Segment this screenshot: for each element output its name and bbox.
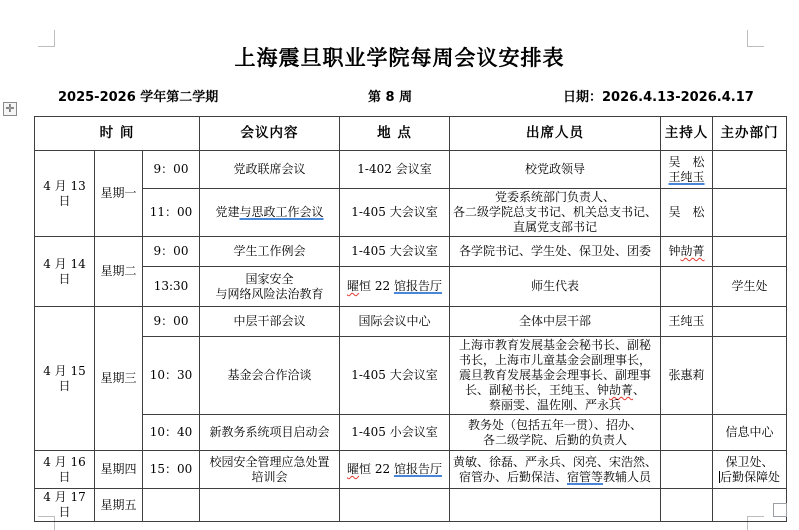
date-range-label[interactable]: 日期：2026.4.13-2026.4.17 (563, 86, 754, 105)
schedule-table: 时 间 会议内容 地 点 出席人员 主持人 主办部门 4 月 13 日 星期一 … (34, 116, 787, 522)
column-header-time[interactable]: 时 间 (35, 117, 200, 151)
cell-attendees[interactable]: 黄敏、徐磊、严永兵、闵亮、宋浩然、 宿管办、后勤保洁、宿管等教辅人员 (450, 451, 661, 489)
table-row: 4 月 16 日 星期四 15：00 校园安全管理应急处置 培训会 曜恒 22 … (35, 451, 787, 489)
table-row: 4 月 17 日 星期五 (35, 489, 787, 522)
semester-label[interactable]: 2025-2026 学年第二学期 (58, 86, 218, 105)
cell-dept[interactable]: 保卫处、 后勤保障处 (713, 451, 787, 489)
table-move-handle-icon[interactable]: ✛ (3, 102, 17, 116)
cell-host[interactable]: 王纯玉 (661, 307, 713, 337)
table-row: 10：40 新教务系统项目启动会 1-405 小会议室 教务处（包括五年一贯）、… (35, 415, 787, 451)
cell-dept[interactable] (713, 189, 787, 237)
cell-content[interactable]: 校园安全管理应急处置 培训会 (200, 451, 340, 489)
cell-content[interactable]: 党政联席会议 (200, 151, 340, 189)
cell-attendees[interactable]: 上海市教育发展基金会秘书长、副秘 书长，上海市儿童基金会副理事长， 震旦教育发展… (450, 337, 661, 415)
subheader-row: 2025-2026 学年第二学期 第 8 周 日期：2026.4.13-2026… (0, 86, 799, 104)
table-row: 4 月 15 日 星期三 9：00 中层干部会议 国际会议中心 全体中层干部 王… (35, 307, 787, 337)
cell-day-wednesday[interactable]: 星期三 (95, 307, 143, 451)
cell-location[interactable]: 1-405 大会议室 (340, 337, 450, 415)
column-header-content[interactable]: 会议内容 (200, 117, 340, 151)
cell-date-0414[interactable]: 4 月 14 日 (35, 237, 95, 307)
cell-time[interactable]: 9：00 (143, 151, 200, 189)
cell-time[interactable]: 10：30 (143, 337, 200, 415)
cell-attendees[interactable]: 全体中层干部 (450, 307, 661, 337)
cell-time[interactable] (143, 489, 200, 522)
cell-time[interactable]: 13:30 (143, 267, 200, 307)
cell-time[interactable]: 10：40 (143, 415, 200, 451)
cell-date-0416[interactable]: 4 月 16 日 (35, 451, 95, 489)
cell-day-tuesday[interactable]: 星期二 (95, 237, 143, 307)
cell-location[interactable]: 1-402 会议室 (340, 151, 450, 189)
cell-dept[interactable]: 信息中心 (713, 415, 787, 451)
cell-day-friday[interactable]: 星期五 (95, 489, 143, 522)
cell-content[interactable] (200, 489, 340, 522)
cell-attendees[interactable]: 各学院书记、学生处、保卫处、团委 (450, 237, 661, 267)
cell-host[interactable]: 钟劼菁 (661, 237, 713, 267)
cell-location[interactable]: 1-405 小会议室 (340, 415, 450, 451)
cell-location[interactable]: 曜恒 22 馆报告厅 (340, 451, 450, 489)
cell-content[interactable]: 党建与思政工作会议 (200, 189, 340, 237)
column-header-location[interactable]: 地 点 (340, 117, 450, 151)
cell-dept[interactable] (713, 237, 787, 267)
cell-day-thursday[interactable]: 星期四 (95, 451, 143, 489)
cell-host[interactable]: 吴 松 王纯玉 (661, 151, 713, 189)
cell-location[interactable]: 曜恒 22 馆报告厅 (340, 267, 450, 307)
table-row: 13:30 国家安全 与网络风险法治教育 曜恒 22 馆报告厅 师生代表 学生处 (35, 267, 787, 307)
cell-host[interactable] (661, 451, 713, 489)
cell-time[interactable]: 9：00 (143, 307, 200, 337)
cell-attendees[interactable] (450, 489, 661, 522)
page-title[interactable]: 上海震旦职业学院每周会议安排表 (0, 42, 799, 72)
cell-location[interactable]: 国际会议中心 (340, 307, 450, 337)
column-header-attendees[interactable]: 出席人员 (450, 117, 661, 151)
cell-host[interactable] (661, 489, 713, 522)
header-row: 时 间 会议内容 地 点 出席人员 主持人 主办部门 (35, 117, 787, 151)
cell-date-0413[interactable]: 4 月 13 日 (35, 151, 95, 237)
cell-date-0417[interactable]: 4 月 17 日 (35, 489, 95, 522)
cell-date-0415[interactable]: 4 月 15 日 (35, 307, 95, 451)
cell-time[interactable]: 11：00 (143, 189, 200, 237)
cell-content[interactable]: 新教务系统项目启动会 (200, 415, 340, 451)
table-row: 10：30 基金会合作洽谈 1-405 大会议室 上海市教育发展基金会秘书长、副… (35, 337, 787, 415)
cell-content[interactable]: 国家安全 与网络风险法治教育 (200, 267, 340, 307)
cell-dept[interactable] (713, 151, 787, 189)
cell-host[interactable]: 张惠莉 (661, 337, 713, 415)
document-page: 上海震旦职业学院每周会议安排表 2025-2026 学年第二学期 第 8 周 日… (0, 0, 799, 530)
cell-dept[interactable] (713, 337, 787, 415)
cell-location[interactable] (340, 489, 450, 522)
table-row: 11：00 党建与思政工作会议 1-405 大会议室 党委系统部门负责人、 各二… (35, 189, 787, 237)
column-header-host[interactable]: 主持人 (661, 117, 713, 151)
cell-time[interactable]: 9：00 (143, 237, 200, 267)
week-label[interactable]: 第 8 周 (368, 86, 412, 105)
cell-content[interactable]: 中层干部会议 (200, 307, 340, 337)
cell-content[interactable]: 学生工作例会 (200, 237, 340, 267)
column-header-dept[interactable]: 主办部门 (713, 117, 787, 151)
cell-dept[interactable]: 学生处 (713, 267, 787, 307)
cell-time[interactable]: 15：00 (143, 451, 200, 489)
cell-host[interactable] (661, 267, 713, 307)
cell-attendees[interactable]: 校党政领导 (450, 151, 661, 189)
cell-host[interactable]: 吴 松 (661, 189, 713, 237)
table-row: 4 月 14 日 星期二 9：00 学生工作例会 1-405 大会议室 各学院书… (35, 237, 787, 267)
table-resize-handle[interactable] (773, 503, 787, 517)
cell-content[interactable]: 基金会合作洽谈 (200, 337, 340, 415)
table-row: 4 月 13 日 星期一 9：00 党政联席会议 1-402 会议室 校党政领导… (35, 151, 787, 189)
cell-location[interactable]: 1-405 大会议室 (340, 189, 450, 237)
cell-attendees[interactable]: 党委系统部门负责人、 各二级学院总支书记、机关总支书记、 直属党支部书记 (450, 189, 661, 237)
cell-day-monday[interactable]: 星期一 (95, 151, 143, 237)
cell-attendees[interactable]: 师生代表 (450, 267, 661, 307)
cell-host[interactable] (661, 415, 713, 451)
cell-location[interactable]: 1-405 大会议室 (340, 237, 450, 267)
cell-dept[interactable] (713, 307, 787, 337)
cell-attendees[interactable]: 教务处（包括五年一贯）、招办、 各二级学院、后勤的负责人 (450, 415, 661, 451)
